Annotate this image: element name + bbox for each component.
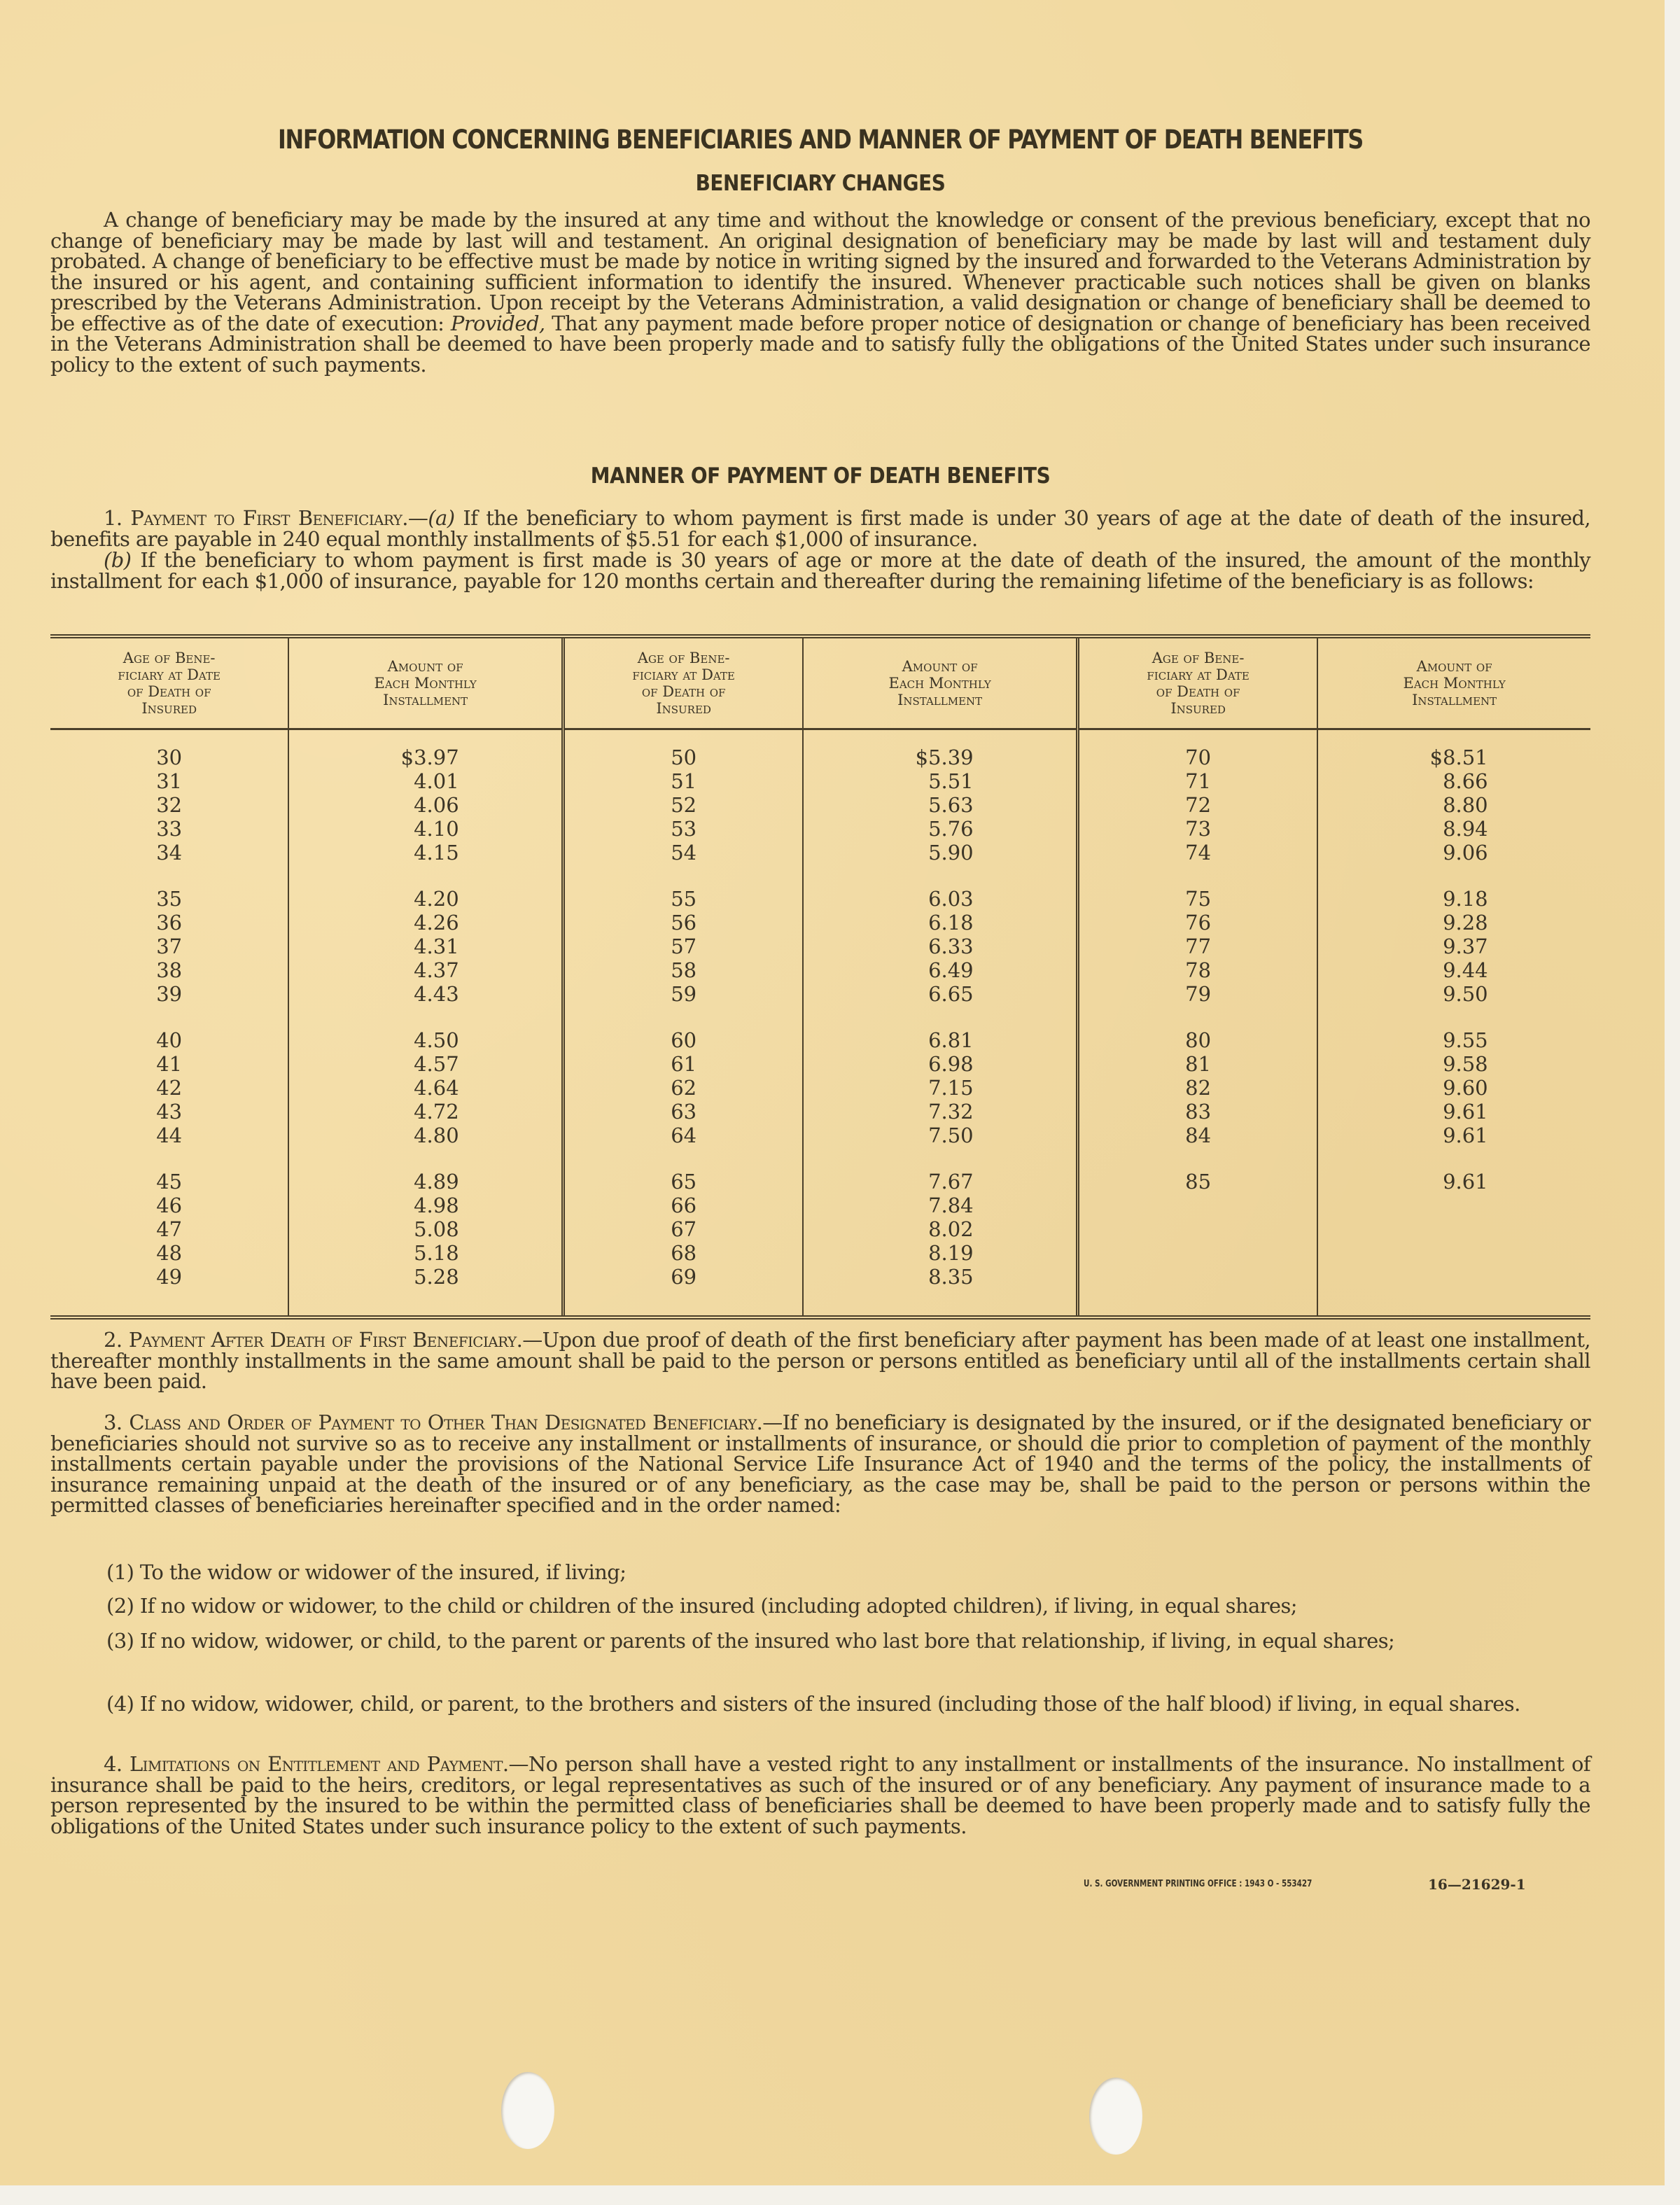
list-item-1: (1) To the widow or widower of the insur… bbox=[106, 1562, 1641, 1583]
amount-column-1: $3.974.014.064.104.154.204.264.314.374.4… bbox=[288, 729, 563, 1318]
age-cell: 85 bbox=[1080, 1170, 1316, 1193]
age-cell: 65 bbox=[566, 1170, 801, 1193]
amount-cell: 9.37 bbox=[1319, 934, 1590, 958]
age-column-1: 3031323334353637383940414243444546474849 bbox=[50, 729, 288, 1318]
amount-cell: 5.28 bbox=[290, 1265, 561, 1289]
header-line: Age of Bene- bbox=[1152, 650, 1245, 666]
amount-cell: 5.76 bbox=[804, 817, 1075, 841]
amount-cell: 4.15 bbox=[290, 841, 561, 864]
row-group: 3031323334 bbox=[51, 745, 287, 864]
amount-cell: 9.18 bbox=[1319, 887, 1590, 911]
row-group: 4.894.985.085.185.28 bbox=[290, 1170, 561, 1289]
header-line: Age of Bene- bbox=[638, 650, 730, 666]
age-cell: 39 bbox=[51, 982, 287, 1006]
amount-cell: 6.33 bbox=[804, 934, 1075, 958]
age-cell: 74 bbox=[1080, 841, 1316, 864]
header-line: Insured bbox=[1170, 700, 1226, 717]
printing-office-imprint: U. S. GOVERNMENT PRINTING OFFICE : 1943 … bbox=[1084, 1879, 1312, 1889]
amount-cell: 5.08 bbox=[290, 1217, 561, 1241]
age-cell: 36 bbox=[51, 911, 287, 934]
amount-cell: 7.32 bbox=[804, 1100, 1075, 1123]
amount-cell: $8.51 bbox=[1319, 745, 1590, 769]
list-item-2: (2) If no widow or widower, to the child… bbox=[106, 1596, 1641, 1616]
age-cell: 46 bbox=[51, 1193, 287, 1217]
age-cell: 57 bbox=[566, 934, 801, 958]
row-group: $3.974.014.064.104.15 bbox=[290, 745, 561, 864]
row-group: 6.036.186.336.496.65 bbox=[804, 887, 1075, 1006]
amount-cell: 4.98 bbox=[290, 1193, 561, 1217]
amount-cell: 9.28 bbox=[1319, 911, 1590, 934]
amount-cell: 4.72 bbox=[290, 1100, 561, 1123]
amount-cell: 7.84 bbox=[804, 1193, 1075, 1217]
amount-cell: 8.80 bbox=[1319, 793, 1590, 817]
header-line: Installment bbox=[897, 692, 982, 708]
age-column-3: 70717273747576777879808182838485 bbox=[1077, 729, 1317, 1318]
header-line: of Death of bbox=[127, 683, 211, 700]
amount-cell: 9.44 bbox=[1319, 958, 1590, 982]
age-cell: 64 bbox=[566, 1123, 801, 1147]
age-cell: 44 bbox=[51, 1123, 287, 1147]
row-group: 7071727374 bbox=[1080, 745, 1316, 864]
header-line: Each Monthly bbox=[888, 675, 990, 692]
list-text: If no widow, widower, child, or parent, … bbox=[140, 1692, 1520, 1716]
amount-cell: 5.18 bbox=[290, 1241, 561, 1265]
header-line: Each Monthly bbox=[1403, 675, 1505, 692]
amount-cell: 6.49 bbox=[804, 958, 1075, 982]
section-3-paragraph: 3. Class and Order of Payment to Other T… bbox=[50, 1413, 1590, 1516]
age-cell: 72 bbox=[1080, 793, 1316, 817]
list-text: If no widow or widower, to the child or … bbox=[140, 1594, 1297, 1618]
age-cell: 70 bbox=[1080, 745, 1316, 769]
row-group: 4041424344 bbox=[51, 1028, 287, 1147]
header-line: ficiary at Date bbox=[632, 666, 734, 683]
column-header-amount: Amount of Each Monthly Installment bbox=[288, 636, 563, 729]
row-group: $5.395.515.635.765.90 bbox=[804, 745, 1075, 864]
amount-cell: 4.57 bbox=[290, 1052, 561, 1076]
amount-cell: 8.19 bbox=[804, 1241, 1075, 1265]
amount-cell: 7.50 bbox=[804, 1123, 1075, 1147]
amount-cell: 8.66 bbox=[1319, 769, 1590, 793]
row-group: 6.816.987.157.327.50 bbox=[804, 1028, 1075, 1147]
amount-cell: 5.90 bbox=[804, 841, 1075, 864]
header-line: Age of Bene- bbox=[123, 650, 216, 666]
amount-cell: 6.18 bbox=[804, 911, 1075, 934]
age-cell: 66 bbox=[566, 1193, 801, 1217]
row-group: 4546474849 bbox=[51, 1170, 287, 1289]
amount-cell: 7.15 bbox=[804, 1076, 1075, 1100]
list-label: (2) bbox=[106, 1594, 134, 1618]
amount-column-3: $8.518.668.808.949.069.189.289.379.449.5… bbox=[1317, 729, 1590, 1318]
amount-cell: 9.61 bbox=[1319, 1123, 1590, 1147]
amount-cell: $3.97 bbox=[290, 745, 561, 769]
age-cell: 61 bbox=[566, 1052, 801, 1076]
beneficiary-changes-paragraph: A change of beneficiary may be made by t… bbox=[50, 210, 1590, 375]
amount-cell: 7.67 bbox=[804, 1170, 1075, 1193]
row-group: $8.518.668.808.949.06 bbox=[1319, 745, 1590, 864]
amount-cell: 4.10 bbox=[290, 817, 561, 841]
age-cell: 76 bbox=[1080, 911, 1316, 934]
form-number: 16—21629-1 bbox=[1428, 1876, 1526, 1893]
age-cell: 83 bbox=[1080, 1100, 1316, 1123]
row-group: 7576777879 bbox=[1080, 887, 1316, 1006]
amount-cell: 9.50 bbox=[1319, 982, 1590, 1006]
age-cell: 59 bbox=[566, 982, 801, 1006]
age-cell: 69 bbox=[566, 1265, 801, 1289]
section-title-beneficiary-changes: BENEFICIARY CHANGES bbox=[127, 171, 1513, 196]
amount-cell: 9.61 bbox=[1319, 1170, 1590, 1193]
age-cell: 45 bbox=[51, 1170, 287, 1193]
header-line: of Death of bbox=[642, 683, 726, 700]
age-cell: 53 bbox=[566, 817, 801, 841]
row-group: 7.677.848.028.198.35 bbox=[804, 1170, 1075, 1289]
list-text: If no widow, widower, or child, to the p… bbox=[140, 1629, 1394, 1653]
age-cell: 55 bbox=[566, 887, 801, 911]
amount-cell: 5.63 bbox=[804, 793, 1075, 817]
amount-cell: 9.58 bbox=[1319, 1052, 1590, 1076]
age-column-2: 5051525354555657585960616263646566676869 bbox=[563, 729, 803, 1318]
age-cell: 79 bbox=[1080, 982, 1316, 1006]
list-text: To the widow or widower of the insured, … bbox=[140, 1560, 626, 1584]
age-cell: 51 bbox=[566, 769, 801, 793]
age-cell: 78 bbox=[1080, 958, 1316, 982]
age-cell: 82 bbox=[1080, 1076, 1316, 1100]
table-header-row: Age of Bene- ficiary at Date of Death of… bbox=[50, 636, 1590, 729]
amount-cell: 4.31 bbox=[290, 934, 561, 958]
amount-cell: 6.81 bbox=[804, 1028, 1075, 1052]
payment-first-beneficiary-paragraph-b: (b) If the beneficiary to whom payment i… bbox=[50, 550, 1590, 591]
age-cell: 33 bbox=[51, 817, 287, 841]
age-cell: 38 bbox=[51, 958, 287, 982]
age-cell: 60 bbox=[566, 1028, 801, 1052]
age-cell: 62 bbox=[566, 1076, 801, 1100]
age-cell: 48 bbox=[51, 1241, 287, 1265]
row-group: 9.559.589.609.619.61 bbox=[1319, 1028, 1590, 1147]
row-group: 5556575859 bbox=[566, 887, 801, 1006]
table-body-row: 3031323334353637383940414243444546474849… bbox=[50, 729, 1590, 1318]
header-line: Each Monthly bbox=[374, 675, 477, 692]
punch-hole-right bbox=[1089, 2078, 1142, 2155]
amount-cell: 6.98 bbox=[804, 1052, 1075, 1076]
age-cell: 34 bbox=[51, 841, 287, 864]
amount-cell: 4.26 bbox=[290, 911, 561, 934]
header-line: Amount of bbox=[388, 658, 463, 675]
age-cell: 68 bbox=[566, 1241, 801, 1265]
row-group: 4.504.574.644.724.80 bbox=[290, 1028, 561, 1147]
age-cell: 73 bbox=[1080, 817, 1316, 841]
column-header-age: Age of Bene- ficiary at Date of Death of… bbox=[50, 636, 288, 729]
amount-cell: 4.64 bbox=[290, 1076, 561, 1100]
header-line: Installment bbox=[383, 692, 468, 708]
age-cell: 81 bbox=[1080, 1052, 1316, 1076]
row-group: 9.189.289.379.449.50 bbox=[1319, 887, 1590, 1006]
age-cell: 49 bbox=[51, 1265, 287, 1289]
age-cell: 67 bbox=[566, 1217, 801, 1241]
age-cell: 77 bbox=[1080, 934, 1316, 958]
amount-cell: 4.89 bbox=[290, 1170, 561, 1193]
installment-rate-table: Age of Bene- ficiary at Date of Death of… bbox=[50, 634, 1590, 1319]
header-line: ficiary at Date bbox=[1147, 666, 1249, 683]
amount-cell: 6.65 bbox=[804, 982, 1075, 1006]
row-group: 4.204.264.314.374.43 bbox=[290, 887, 561, 1006]
clause-b-text: If the beneficiary to whom payment is fi… bbox=[50, 548, 1590, 593]
list-item-4: (4) If no widow, widower, child, or pare… bbox=[106, 1694, 1641, 1714]
row-group: 8081828384 bbox=[1080, 1028, 1316, 1147]
page-title: INFORMATION CONCERNING BENEFICIARIES AND… bbox=[158, 125, 1483, 155]
amount-cell: 4.20 bbox=[290, 887, 561, 911]
amount-cell: 4.43 bbox=[290, 982, 561, 1006]
age-cell: 47 bbox=[51, 1217, 287, 1241]
age-cell: 58 bbox=[566, 958, 801, 982]
age-cell: 50 bbox=[566, 745, 801, 769]
age-cell: 32 bbox=[51, 793, 287, 817]
column-header-age: Age of Bene- ficiary at Date of Death of… bbox=[1077, 636, 1317, 729]
document-page: ​ INFORMATION CONCERNING BENEFICIARIES A… bbox=[0, 0, 1665, 2185]
age-cell: 56 bbox=[566, 911, 801, 934]
age-cell: 71 bbox=[1080, 769, 1316, 793]
punch-hole-left bbox=[501, 2072, 554, 2149]
row-group: 5051525354 bbox=[566, 745, 801, 864]
list-label: (3) bbox=[106, 1629, 134, 1653]
column-header-amount: Amount of Each Monthly Installment bbox=[1317, 636, 1590, 729]
section-4-paragraph: 4. Limitations on Entitlement and Paymen… bbox=[50, 1754, 1590, 1837]
amount-cell: 8.94 bbox=[1319, 817, 1590, 841]
age-cell: 54 bbox=[566, 841, 801, 864]
age-cell: 40 bbox=[51, 1028, 287, 1052]
header-line: of Death of bbox=[1156, 683, 1240, 700]
row-group: 9.61 bbox=[1319, 1170, 1590, 1193]
amount-cell: 9.55 bbox=[1319, 1028, 1590, 1052]
age-cell: 42 bbox=[51, 1076, 287, 1100]
list-label: (1) bbox=[106, 1560, 134, 1584]
age-cell: 35 bbox=[51, 887, 287, 911]
age-cell: 75 bbox=[1080, 887, 1316, 911]
header-line: Amount of bbox=[902, 658, 978, 675]
age-cell: 37 bbox=[51, 934, 287, 958]
section-title-manner-of-payment: MANNER OF PAYMENT OF DEATH BENEFITS bbox=[127, 463, 1513, 489]
amount-cell: $5.39 bbox=[804, 745, 1075, 769]
age-cell: 43 bbox=[51, 1100, 287, 1123]
amount-cell: 9.06 bbox=[1319, 841, 1590, 864]
column-header-age: Age of Bene- ficiary at Date of Death of… bbox=[563, 636, 803, 729]
amount-cell: 8.35 bbox=[804, 1265, 1075, 1289]
amount-cell: 4.50 bbox=[290, 1028, 561, 1052]
age-cell: 80 bbox=[1080, 1028, 1316, 1052]
amount-cell: 9.60 bbox=[1319, 1076, 1590, 1100]
age-cell: 31 bbox=[51, 769, 287, 793]
age-cell: 41 bbox=[51, 1052, 287, 1076]
amount-cell: 4.37 bbox=[290, 958, 561, 982]
row-group: 6061626364 bbox=[566, 1028, 801, 1147]
header-line: Insured bbox=[141, 700, 197, 717]
header-line: ficiary at Date bbox=[118, 666, 220, 683]
row-group: 3536373839 bbox=[51, 887, 287, 1006]
list-item-3: (3) If no widow, widower, or child, to t… bbox=[106, 1631, 1641, 1651]
column-header-amount: Amount of Each Monthly Installment bbox=[803, 636, 1077, 729]
list-label: (4) bbox=[106, 1692, 134, 1716]
header-line: Insured bbox=[656, 700, 711, 717]
header-line: Installment bbox=[1412, 692, 1497, 708]
row-group: 6566676869 bbox=[566, 1170, 801, 1289]
row-group: 85 bbox=[1080, 1170, 1316, 1193]
amount-cell: 8.02 bbox=[804, 1217, 1075, 1241]
amount-column-2: $5.395.515.635.765.906.036.186.336.496.6… bbox=[803, 729, 1077, 1318]
age-cell: 52 bbox=[566, 793, 801, 817]
header-line: Amount of bbox=[1417, 658, 1492, 675]
amount-cell: 9.61 bbox=[1319, 1100, 1590, 1123]
amount-cell: 4.01 bbox=[290, 769, 561, 793]
age-cell: 84 bbox=[1080, 1123, 1316, 1147]
age-cell: 63 bbox=[566, 1100, 801, 1123]
section-2-paragraph: 2. Payment After Death of First Benefici… bbox=[50, 1330, 1590, 1392]
amount-cell: 6.03 bbox=[804, 887, 1075, 911]
amount-cell: 5.51 bbox=[804, 769, 1075, 793]
age-cell: 30 bbox=[51, 745, 287, 769]
payment-first-beneficiary-paragraph-a: 1. Payment to First Beneficiary.—(a) If … bbox=[50, 508, 1590, 549]
amount-cell: 4.06 bbox=[290, 793, 561, 817]
amount-cell: 4.80 bbox=[290, 1123, 561, 1147]
